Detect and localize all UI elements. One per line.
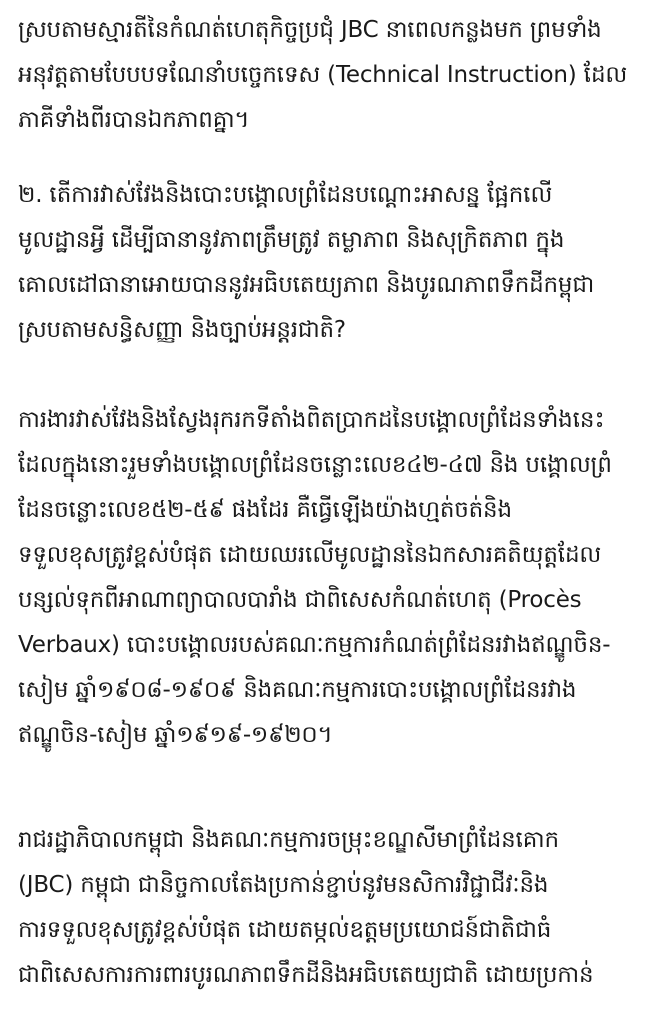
text-line: ស្របតាមសន្ធិសញ្ញា និងច្បាប់អន្តរជាតិ? [18,308,346,353]
text-line: ដែនចន្លោះលេខ៥២-៥៩ ផងដែរ គឺធ្វើឡើងយ៉ាងហ្ម… [18,488,512,533]
text-line: មូលដ្ឋានអ្វី ដើម្បីធានានូវភាពត្រឹមត្រូវ … [18,218,564,263]
text-line: គោលដៅធានាអោយបាននូវអធិបតេយ្យភាព និងបូរណភា… [18,263,594,308]
text-line: ដែលក្នុងនោះរួមទាំងបង្គោលព្រំដែនចន្លោះលេខ… [18,443,612,488]
text-line: ជាពិសេសការការពារបូរណភាពទឹកដីនិងអធិបតេយ្យ… [18,953,593,998]
text-line: អនុវត្តតាមបែបបទណែនាំបច្ចេកទេស (Technical… [18,53,627,98]
text-line: Verbaux) បោះបង្គោលរបស់គណៈកម្មការកំណត់ព្រ… [18,623,610,668]
text-line: ឥណ្ឌូចិន-សៀម ឆ្នាំ១៩១៩-១៩២០។ [18,713,332,758]
text-line: ការទទួលខុសត្រូវខ្ពស់បំផុត ដោយតម្កល់ឧត្តម… [18,908,551,953]
text-line: រាជរដ្ឋាភិបាលកម្ពុជា និងគណៈកម្មការចម្រុះ… [18,818,559,863]
text-line: ស្របតាមស្មារតីនៃកំណត់ហេតុកិច្ចប្រជុំ JBC… [18,8,602,53]
text-line: ទទួលខុសត្រូវខ្ពស់បំផុត ដោយឈរលើមូលដ្ឋាននៃ… [18,533,601,578]
text-line: បន្សល់ទុកពីអាណាព្យាបាលបារាំង ជាពិសេសកំណត… [18,578,581,623]
text-line: (JBC) កម្ពុជា ជានិច្ចកាលតែងប្រកាន់ខ្ជាប់… [18,863,548,908]
text-line: សៀម ឆ្នាំ១៩០៨-១៩០៩ និងគណៈកម្មការបោះបង្គោ… [18,668,576,713]
text-line: ២. តើការវាស់វែងនិងបោះបង្គោលព្រំដែនបណ្ដោះ… [18,173,552,218]
text-line: ភាគីទាំងពីរបានឯកភាពគ្នា។ [18,98,249,143]
text-line: ការងារវាស់វែងនិងស្វែងរុករកទីតាំងពិតប្រាក… [18,398,604,443]
